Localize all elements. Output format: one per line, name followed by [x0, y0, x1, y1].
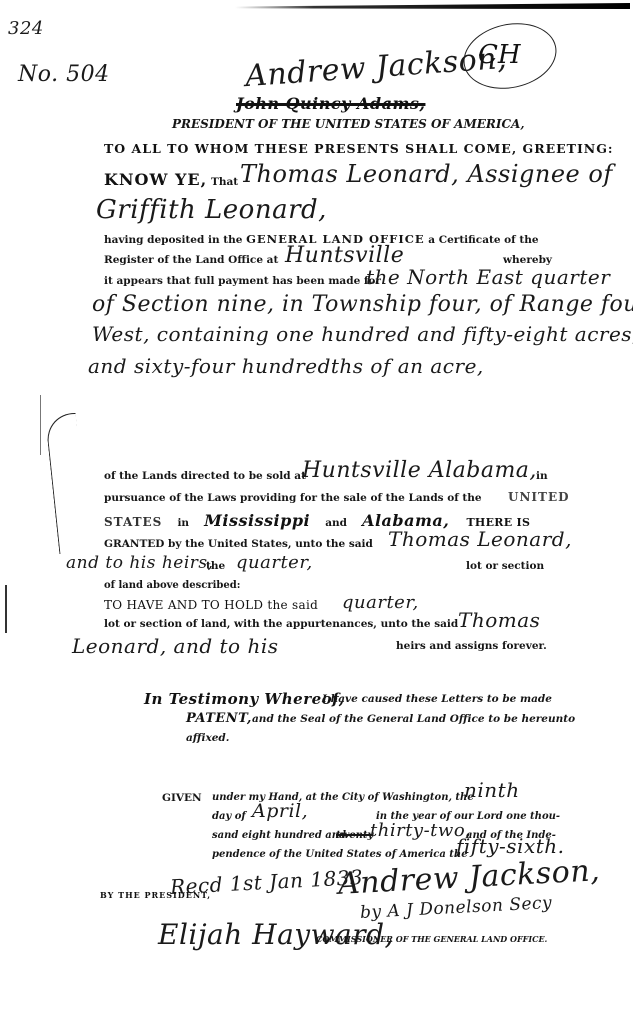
- testimony-line1: I have caused these Letters to be made: [322, 693, 552, 705]
- given-line4: pendence of the United States of America…: [212, 849, 468, 860]
- commissioner-title: COMMISSIONER OF THE GENERAL LAND OFFICE.: [316, 934, 547, 944]
- given-label: GIVEN: [162, 792, 202, 804]
- land-description-3: West, containing one hundred and fifty-e…: [92, 322, 633, 346]
- know-ye: KNOW YE,: [104, 170, 207, 189]
- margin-mark: [40, 395, 41, 455]
- to-have-text: TO HAVE AND TO HOLD the said: [104, 598, 318, 612]
- land-description-4: and sixty-four hundredths of an acre,: [88, 354, 484, 378]
- in-label-2: in: [177, 517, 189, 529]
- holder-2: Leonard, and to his: [72, 634, 278, 658]
- granted-to: Thomas Leonard,: [388, 527, 572, 551]
- lands-directed: of the Lands directed to be sold at: [104, 470, 306, 482]
- seal-initials: CH: [478, 40, 521, 70]
- in-testimony: In Testimony Whereof,: [144, 690, 345, 708]
- grantee-line1: Thomas Leonard, Assignee of: [240, 160, 613, 188]
- granted-line: GRANTED by the United States, unto the s…: [104, 538, 373, 550]
- margin-mark-bold: [5, 585, 7, 633]
- by-the-president: BY THE PRESIDENT,: [100, 890, 211, 900]
- register-line: Register of the Land Office at: [104, 254, 278, 266]
- grantee-line2: Griffith Leonard,: [96, 195, 327, 225]
- to-have-line: TO HAVE AND TO HOLD the said: [104, 598, 318, 612]
- in-label: in: [536, 470, 548, 482]
- appurtenances-line: lot or section of land, with the appurte…: [104, 618, 458, 630]
- struck-year: twenty: [336, 830, 373, 841]
- certificate-text: a Certificate of the: [428, 234, 538, 246]
- given-day: ninth: [464, 778, 520, 802]
- deposit-text: having deposited in the: [104, 234, 242, 246]
- struck-president-name: John Quincy Adams,: [236, 94, 425, 113]
- patent-word: PATENT,: [186, 711, 252, 726]
- heirs-handwritten: and to his heirs,: [66, 553, 214, 573]
- quarter-2: quarter,: [342, 592, 419, 613]
- given-line3a: sand eight hundred and: [212, 830, 346, 841]
- lot-or-section: lot or section: [466, 560, 544, 572]
- heirs-forever: heirs and assigns forever.: [396, 640, 547, 652]
- quarter-1: quarter,: [236, 552, 313, 573]
- holder-1: Thomas: [458, 608, 540, 632]
- land-description-2: of Section nine, in Township four, of Ra…: [92, 292, 633, 317]
- patent-number: No. 504: [18, 62, 110, 87]
- testimony-line2: and the Seal of the General Land Office …: [252, 713, 575, 725]
- united-word: UNITED: [508, 490, 570, 504]
- that-label: That: [211, 176, 238, 188]
- greeting: TO ALL TO WHOM THESE PRESENTS SHALL COME…: [104, 141, 614, 156]
- and-label: and: [325, 517, 347, 529]
- states-word: STATES: [104, 515, 162, 529]
- scan-edge-bar: [235, 3, 630, 9]
- president-signature: Andrew Jackson,: [337, 853, 601, 902]
- day-of: day of: [212, 811, 246, 822]
- margin-bracket: [45, 413, 91, 554]
- mississippi-word: Mississippi: [204, 511, 310, 530]
- land-above: of land above described:: [104, 580, 240, 591]
- land-description-1: the North East quarter: [366, 265, 610, 289]
- testimony-line3: affixed.: [186, 732, 229, 744]
- the-label: the: [206, 560, 225, 572]
- volume-number: 324: [8, 18, 44, 39]
- payment-line: it appears that full payment has been ma…: [104, 275, 381, 287]
- sale-location: Huntsville Alabama,: [302, 458, 537, 483]
- pursuance-line: pursuance of the Laws providing for the …: [104, 492, 482, 504]
- given-month: April,: [252, 800, 308, 822]
- independence-year: fifty-sixth.: [456, 834, 565, 858]
- president-title: PRESIDENT OF THE UNITED STATES OF AMERIC…: [172, 117, 525, 131]
